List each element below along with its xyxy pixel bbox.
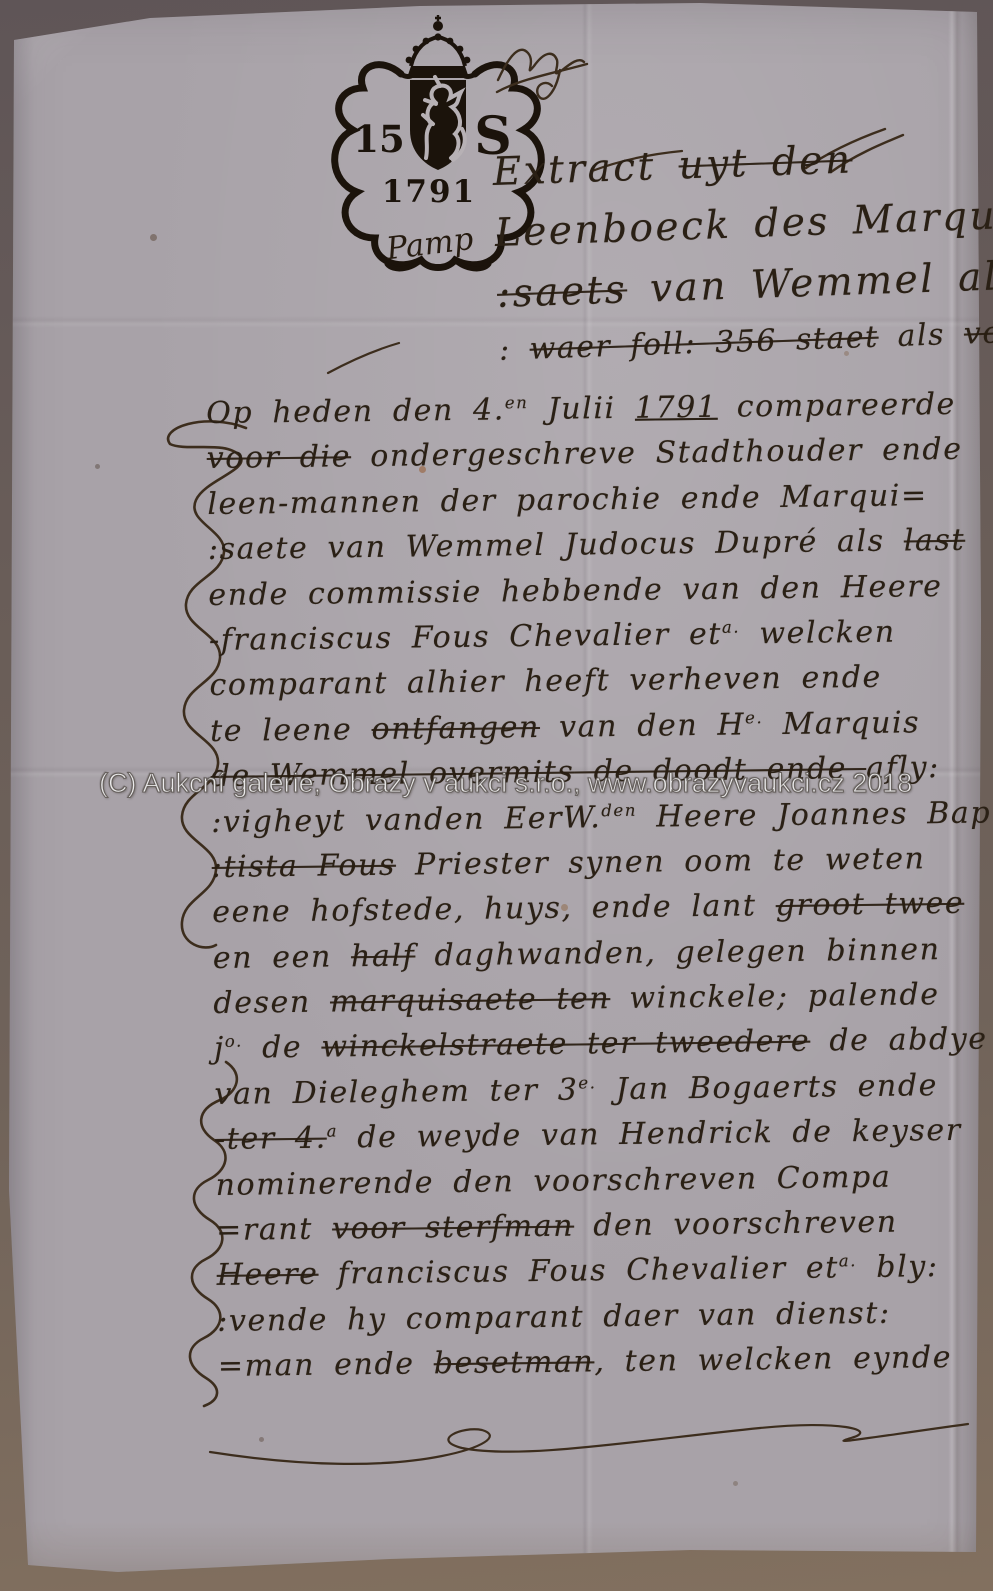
manuscript-text-segment: voor die: [207, 440, 352, 477]
manuscript-text-segment: Heere Joannes Bap: [637, 795, 991, 834]
manuscript-text-segment: a: [327, 1122, 339, 1141]
manuscript-text-segment: de weyde van Hendrick de keyser: [338, 1113, 962, 1156]
stamp-crown-icon: [406, 15, 471, 78]
manuscript-text-segment: van den H: [540, 707, 746, 745]
manuscript-text-segment: Op heden den 4.: [206, 392, 505, 431]
manuscript-text-segment: daghwanden, gelegen binnen: [415, 932, 941, 973]
manuscript-text-segment: :vende hy comparant daer van dienst:: [217, 1296, 891, 1339]
manuscript-text-segment: :saets: [496, 267, 628, 317]
manuscript-text-segment: de: [243, 1030, 322, 1066]
manuscript-text-segment: compareerde: [717, 387, 956, 425]
body-text-block: Op heden den 4.en Julii 1791 compareerde…: [206, 386, 993, 1394]
manuscript-text-segment: -ter 4.: [215, 1121, 327, 1157]
manuscript-text-segment: e.: [578, 1073, 596, 1092]
manuscript-text-segment: j: [214, 1031, 225, 1066]
manuscript-text-segment: o.: [225, 1032, 243, 1051]
manuscript-text-segment: marquisaete ten: [330, 981, 611, 1019]
manuscript-text-segment: =rant: [216, 1212, 332, 1248]
stamp-year: 1791: [382, 174, 476, 210]
manuscript-text-segment: nominerende den voorschreven Compa: [215, 1159, 891, 1202]
manuscript-text-segment: ontfangen: [371, 710, 540, 747]
manuscript-text-segment: a.: [839, 1252, 858, 1271]
manuscript-text-segment: als: [878, 317, 965, 355]
manuscript-text-segment: Heere: [217, 1257, 319, 1293]
photo-frame: 15 S 1791 Pamp Extract uyt denLeenboeck …: [0, 0, 993, 1591]
manuscript-text-segment: winckele; palende: [610, 977, 940, 1016]
manuscript-text-segment: ondergeschreve Stadthouder ende: [351, 432, 963, 474]
manuscript-text-segment: voor sterfman: [332, 1209, 574, 1247]
manuscript-text-segment: den: [601, 800, 637, 819]
manuscript-text-segment: uyt den: [678, 137, 853, 188]
manuscript-text-segment: van Dieleghem ter 3: [214, 1072, 578, 1111]
manuscript-text-segment: , ten welcken eynde: [594, 1340, 952, 1379]
manuscript-text-segment: :saete van Wemmel Judocus Dupré als: [208, 524, 904, 568]
foxing-specks: [0, 0, 3, 3]
manuscript-text-segment: welcken: [740, 615, 896, 652]
manuscript-text-segment: leen-mannen der parochie ende Marqui=: [207, 478, 928, 522]
manuscript-text-segment: desen: [213, 985, 330, 1021]
manuscript-text-segment: half: [351, 938, 416, 974]
manuscript-line: =man ende besetman, ten welcken eynde: [218, 1340, 993, 1395]
manuscript-text-segment: winckelstraete ter tweedere: [321, 1024, 810, 1065]
manuscript-text-segment: e.: [745, 708, 763, 727]
manuscript-text-segment: Julii: [528, 391, 635, 427]
manuscript-text-segment: volgt: [963, 314, 993, 352]
manuscript-text-segment: last: [904, 523, 966, 559]
manuscript-text-segment: comparant alhier heeft verheven ende: [209, 660, 882, 703]
manuscript-text-segment: bly:: [857, 1250, 939, 1286]
manuscript-text-segment: te leene: [210, 712, 372, 749]
manuscript-text-segment: en: [505, 393, 529, 412]
manuscript-text-segment: franciscus Fous Chevalier et: [318, 1251, 839, 1292]
manuscript-text-segment: eene hofstede, huys, ende lant: [212, 888, 776, 930]
manuscript-text-segment: besetman: [434, 1345, 595, 1382]
manuscript-text-segment: Extract: [492, 144, 679, 195]
manuscript-text-segment: :tista Fous: [212, 848, 397, 885]
manuscript-text-segment: :vigheyt vanden EerW.: [211, 800, 602, 840]
stamp-duty-value: 15: [353, 117, 405, 161]
manuscript-text-segment: =man ende: [218, 1346, 434, 1384]
manuscript-text-segment: a.: [722, 617, 741, 636]
title-block: Extract uyt denLeenboeck des Marqui::sae…: [492, 131, 993, 394]
manuscript-text-segment: Priester synen oom te weten: [396, 841, 926, 882]
manuscript-text-segment: :: [498, 332, 530, 368]
manuscript-text-segment: Jan Bogaerts ende: [596, 1068, 938, 1107]
manuscript-text-segment: groot twee: [776, 886, 965, 923]
watermark-overlay: (C) Aukcní galerie, Obrazy v aukci s.r.o…: [99, 768, 912, 799]
manuscript-text-segment: -franciscus Fous Chevalier et: [209, 617, 722, 658]
stamp-shield-icon: [410, 77, 466, 170]
manuscript-text-segment: de abdye: [810, 1022, 988, 1059]
manuscript-text-segment: Marquis: [763, 705, 920, 742]
manuscript-text-segment: en een: [213, 939, 352, 976]
manuscript-text-segment: 1791: [635, 390, 718, 426]
manuscript-text-segment: den voorschreven: [574, 1205, 898, 1244]
